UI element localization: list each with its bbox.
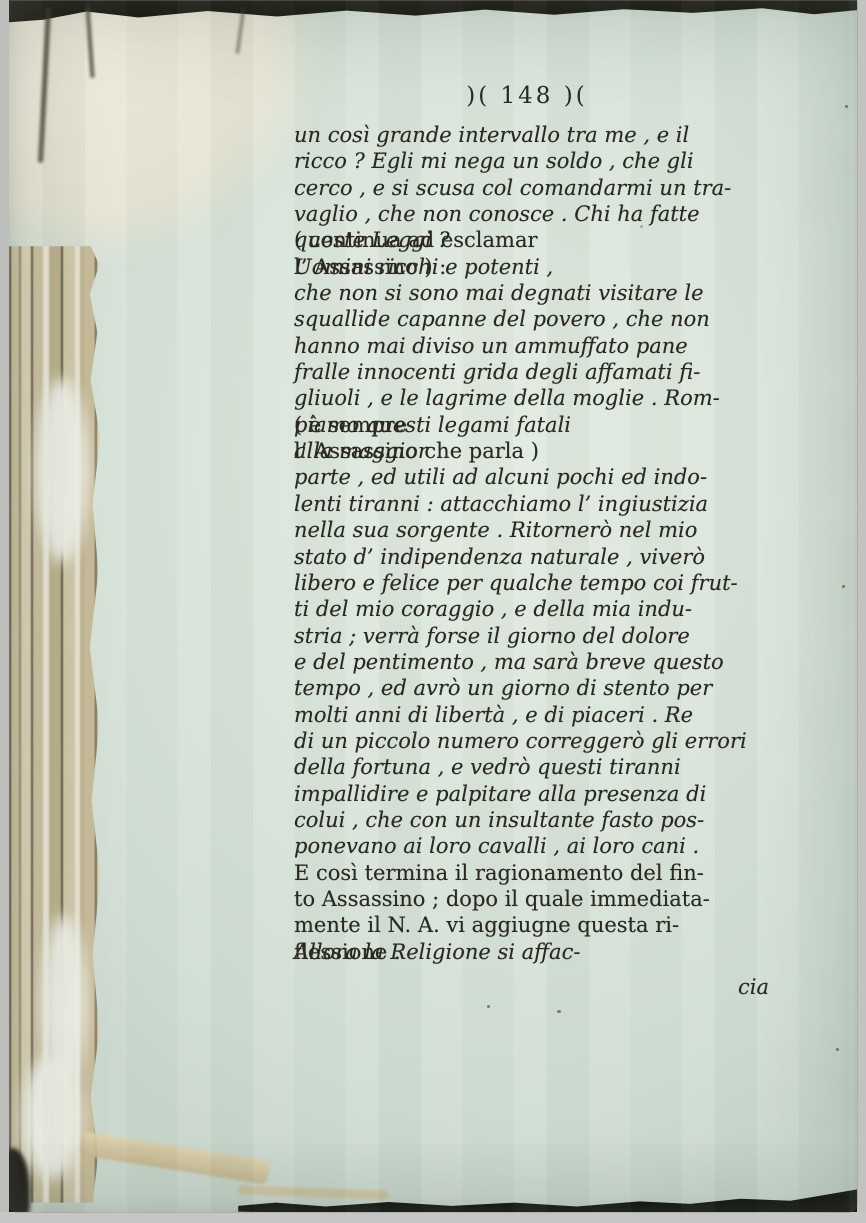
catchword: cia bbox=[294, 975, 811, 999]
text-line: gliuoli , e le lagrime della moglie . Ro… bbox=[294, 385, 811, 411]
text-line: nella sua sorgente . Ritornerò nel mio bbox=[294, 517, 811, 543]
text-segment: squallide capanne del povero , che non bbox=[294, 306, 710, 332]
text-segment: ti del mio coraggio , e della mia indu- bbox=[294, 596, 692, 622]
ink-speck bbox=[845, 105, 848, 108]
text-segment: E così termina il ragionamento del fin- bbox=[294, 860, 704, 886]
text-segment: tempo , ed avrò un giorno di stento per bbox=[294, 675, 712, 701]
text-line: libero e felice per qualche tempo coi fr… bbox=[294, 570, 811, 596]
text-line: e del pentimento , ma sarà breve questo bbox=[294, 649, 811, 675]
text-segment: molti anni di libertà , e di piaceri . R… bbox=[294, 702, 693, 728]
text-line: parte , ed utili ad alcuni pochi ed indo… bbox=[294, 464, 811, 490]
text-block: un così grande intervallo tra me , e ilr… bbox=[294, 122, 811, 965]
text-line: ponevano ai loro cavalli , ai loro cani … bbox=[294, 833, 811, 859]
text-line: che non si sono mai degnati visitare le bbox=[294, 280, 811, 306]
text-segment: to Assassino ; dopo il quale immediata- bbox=[294, 886, 710, 912]
text-line: queste Leggi ? ( continua ad esclamar bbox=[294, 227, 811, 253]
torn-edge-white-patch bbox=[36, 378, 88, 563]
text-line: fralle innocenti grida degli affamati fi… bbox=[294, 359, 811, 385]
text-segment: lenti tiranni : attacchiamo l’ ingiustiz… bbox=[294, 491, 708, 517]
text-line: lenti tiranni : attacchiamo l’ ingiustiz… bbox=[294, 491, 811, 517]
scanner-bed-bottom bbox=[0, 1212, 866, 1223]
text-line: molti anni di libertà , e di piaceri . R… bbox=[294, 702, 811, 728]
text-segment: stria ; verrà forse il giorno del dolore bbox=[294, 623, 690, 649]
text-segment: libero e felice per qualche tempo coi fr… bbox=[294, 570, 738, 596]
text-line: l’ Assassino che parla ) alla maggior bbox=[294, 438, 811, 464]
text-line: stato d’ indipendenza naturale , viverò bbox=[294, 544, 811, 570]
ink-speck bbox=[836, 1048, 839, 1051]
page-number: )( 148 )( bbox=[269, 83, 785, 109]
text-segment: e del pentimento , ma sarà breve questo bbox=[294, 649, 724, 675]
text-line: ricco ? Egli mi nega un soldo , che gli bbox=[294, 148, 811, 174]
text-segment: mente il N. A. vi aggiugne questa ri- bbox=[294, 912, 679, 938]
text-segment: fralle innocenti grida degli affamati fi… bbox=[294, 359, 700, 385]
text-segment: un così grande intervallo tra me , e il bbox=[294, 122, 689, 148]
text-segment: di un piccolo numero correggerò gli erro… bbox=[294, 728, 747, 754]
text-segment: ( è sempre bbox=[294, 412, 407, 438]
scanner-bed-right bbox=[857, 0, 866, 1223]
text-line: hanno mai diviso un ammuffato pane bbox=[294, 333, 811, 359]
text-line: cerco , e si scusa col comandarmi un tra… bbox=[294, 175, 811, 201]
text-line: squallide capanne del povero , che non bbox=[294, 306, 811, 332]
ink-speck bbox=[842, 585, 845, 588]
text-segment: gliuoli , e le lagrime della moglie . Ro… bbox=[294, 385, 720, 411]
text-line: ti del mio coraggio , e della mia indu- bbox=[294, 596, 811, 622]
book-page-scan: )( 148 )( un così grande intervallo tra … bbox=[0, 0, 866, 1223]
text-line: to Assassino ; dopo il quale immediata- bbox=[294, 886, 811, 912]
text-segment: hanno mai diviso un ammuffato pane bbox=[294, 333, 688, 359]
text-segment: che non si sono mai degnati visitare le bbox=[294, 280, 704, 306]
ink-speck bbox=[557, 1010, 561, 1013]
torn-edge-white-patch bbox=[22, 1055, 82, 1180]
text-line: l’ Assassino ) : Uomini ricchi e potenti… bbox=[294, 254, 811, 280]
text-segment: Allora la Religione si affac- bbox=[294, 939, 580, 965]
text-segment: alla maggior bbox=[294, 438, 428, 464]
text-segment: ricco ? Egli mi nega un soldo , che gli bbox=[294, 148, 694, 174]
text-segment: impallidire e palpitare alla presenza di bbox=[294, 781, 706, 807]
text-line: vaglio , che non conosce . Chi ha fatte bbox=[294, 201, 811, 227]
text-segment: della fortuna , e vedrò questi tiranni bbox=[294, 754, 681, 780]
text-segment: vaglio , che non conosce . Chi ha fatte bbox=[294, 201, 700, 227]
text-segment: stato d’ indipendenza naturale , viverò bbox=[294, 544, 705, 570]
text-segment: Uomini ricchi e potenti , bbox=[294, 254, 553, 280]
text-line: tempo , ed avrò un giorno di stento per bbox=[294, 675, 811, 701]
text-line: piamo questi legami fatali ( è sempre bbox=[294, 412, 811, 438]
text-line: un così grande intervallo tra me , e il bbox=[294, 122, 811, 148]
text-line: flessione . Allora la Religione si affac… bbox=[294, 939, 811, 965]
text-line: colui , che con un insultante fasto pos- bbox=[294, 807, 811, 833]
scanner-bed-left bbox=[0, 0, 9, 1223]
text-segment: cerco , e si scusa col comandarmi un tra… bbox=[294, 175, 731, 201]
text-line: E così termina il ragionamento del fin- bbox=[294, 860, 811, 886]
text-line: di un piccolo numero correggerò gli erro… bbox=[294, 728, 811, 754]
text-line: impallidire e palpitare alla presenza di bbox=[294, 781, 811, 807]
text-segment: ( continua ad esclamar bbox=[294, 227, 538, 253]
text-segment: nella sua sorgente . Ritornerò nel mio bbox=[294, 517, 697, 543]
ink-speck bbox=[487, 1005, 490, 1008]
text-line: mente il N. A. vi aggiugne questa ri- bbox=[294, 912, 811, 938]
text-segment: parte , ed utili ad alcuni pochi ed indo… bbox=[294, 464, 707, 490]
text-segment: colui , che con un insultante fasto pos- bbox=[294, 807, 704, 833]
text-line: stria ; verrà forse il giorno del dolore bbox=[294, 623, 811, 649]
text-line: della fortuna , e vedrò questi tiranni bbox=[294, 754, 811, 780]
text-segment: ponevano ai loro cavalli , ai loro cani … bbox=[294, 833, 699, 859]
